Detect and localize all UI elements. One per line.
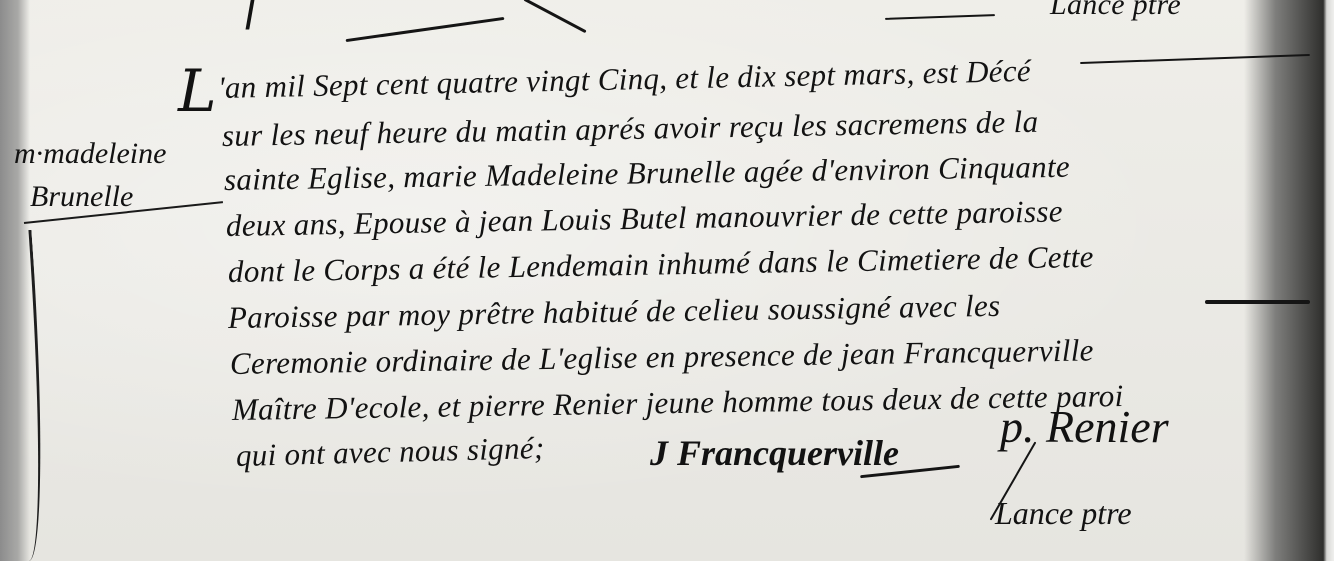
body-line-7: Ceremonie ordinaire de L'eglise en prese… — [230, 332, 1094, 382]
header-flourish-2 — [523, 0, 586, 33]
body-line-1: 'an mil Sept cent quatre vingt Cinq, et … — [218, 53, 1032, 106]
opening-initial: L — [178, 62, 217, 120]
header-fragment-signature: Lance ptre — [1050, 0, 1181, 22]
header-fragment-initial: ſ — [245, 0, 258, 31]
signature-renier: p. Renier — [1000, 400, 1169, 453]
body-line-4: deux ans, Epouse à jean Louis Butel mano… — [226, 193, 1063, 244]
binding-gutter-shadow — [1244, 0, 1334, 561]
signature-priest: Lance ptre — [995, 495, 1132, 532]
register-page: ſ Lance ptre m·madeleine Brunelle L 'an … — [0, 0, 1334, 561]
body-line-3: sainte Eglise, marie Madeleine Brunelle … — [224, 149, 1070, 198]
signature-francquerville: J Francquerville — [650, 432, 899, 474]
header-flourish-3 — [885, 14, 995, 20]
header-flourish-1 — [346, 17, 505, 42]
body-line-6: Paroisse par moy prêtre habitué de celie… — [228, 288, 1001, 336]
body-line-9: qui ont avec nous signé; — [236, 430, 545, 474]
line-6-fill-stroke — [1205, 300, 1310, 304]
margin-note-surname: Brunelle — [30, 180, 133, 214]
body-line-5: dont le Corps a été le Lendemain inhumé … — [228, 239, 1094, 290]
body-line-2: sur les neuf heure du matin aprés avoir … — [222, 104, 1039, 154]
body-line-8: Maître D'ecole, et pierre Renier jeune h… — [232, 378, 1124, 428]
page-torn-edge — [0, 230, 55, 561]
margin-note-name: m·madeleine — [14, 137, 166, 171]
